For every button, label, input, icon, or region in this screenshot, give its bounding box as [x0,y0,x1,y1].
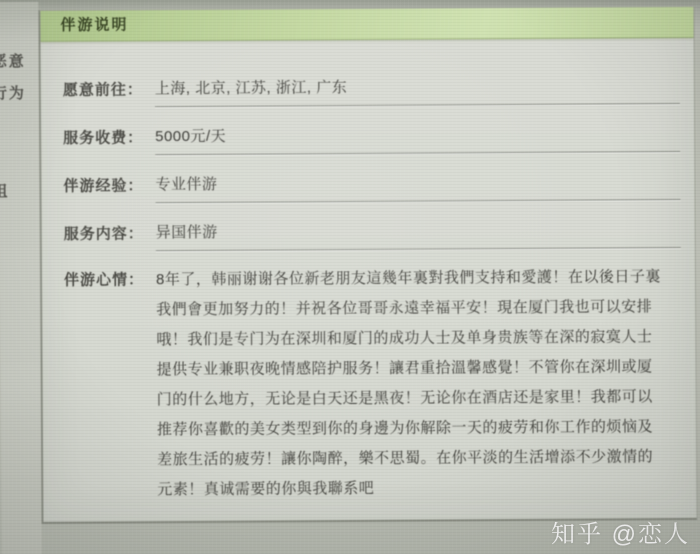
mood-line: 推荐你喜歡的美女类型到你的身邊为你解除一天的疲劳和你工作的烦恼及 [157,412,682,445]
field-label: 服务收费： [63,126,155,156]
field-underline: 异国伴游 [156,218,681,251]
field-label: 伴游心情： [64,265,157,506]
field-row-experience: 伴游经验： 专业伴游 [63,152,680,204]
panel-title: 伴游说明 [40,7,693,42]
mood-line: 哦！我们是专门为在深圳和厦门的成功人士及单身贵族等在深的寂寞人士 [156,322,681,355]
field-value: 异国伴游 [156,218,681,242]
mood-line: 门的什么地方，无论是白天还是黑夜！无论你在酒店还是家里！我都可以 [157,382,682,415]
field-underline: 5000元/天 [155,122,680,155]
underlying-page-strip: 恶意 行为 组 [0,2,42,554]
mood-line: 提供专业兼职夜晚情感陪护服务！讓君重拾溫馨感覺！不管你在深圳或厦 [156,352,681,385]
mood-line: 我們會更加努力的！并祝各位哥哥永遠幸福平安！現在厦门我也可以安排 [156,292,681,325]
field-row-destinations: 愿意前往： 上海, 北京, 江苏, 浙江, 广东 [63,56,680,108]
clipped-text: 组 [0,180,10,201]
field-row-service: 服务内容： 异国伴游 [64,200,681,252]
zhihu-watermark: 知乎 @恋人 [551,514,690,549]
field-label: 伴游经验： [63,174,155,204]
field-value: 专业伴游 [155,170,680,194]
field-value: 5000元/天 [155,122,680,146]
field-label: 服务内容： [64,222,156,252]
clipped-text: 行为 [0,82,26,103]
page-content: 恶意 行为 组 伴游说明 愿意前往： 上海, 北京, 江苏, 浙江, 广东 服务… [0,0,700,554]
photographed-screen: 恶意 行为 组 伴游说明 愿意前往： 上海, 北京, 江苏, 浙江, 广东 服务… [0,0,700,554]
panel-body: 愿意前往： 上海, 北京, 江苏, 浙江, 广东 服务收费： 5000元/天 伴… [41,38,697,506]
mood-line: 元素！真诚需要的你與我聯系吧 [157,472,682,505]
companion-info-panel: 伴游说明 愿意前往： 上海, 北京, 江苏, 浙江, 广东 服务收费： 5000… [38,6,697,524]
field-underline: 专业伴游 [155,170,680,203]
mood-line: 差旅生活的疲劳！讓你陶醉，樂不思蜀。在你平淡的生活增添不少激情的 [157,442,682,475]
field-row-mood: 伴游心情： 8年了，韩丽谢谢各位新老朋友這幾年裏對我們支持和愛護！在以後日子裏 … [64,248,683,506]
mood-line: 8年了，韩丽谢谢各位新老朋友這幾年裏對我們支持和愛護！在以後日子裏 [156,262,681,295]
field-label: 愿意前往： [63,78,155,108]
mood-paragraph: 8年了，韩丽谢谢各位新老朋友這幾年裏對我們支持和愛護！在以後日子裏 我們會更加努… [156,262,682,505]
field-underline: 上海, 北京, 江苏, 浙江, 广东 [155,74,680,107]
clipped-text: 恶意 [0,50,26,71]
field-row-fee: 服务收费： 5000元/天 [63,104,680,156]
field-value: 上海, 北京, 江苏, 浙江, 广东 [155,74,680,98]
